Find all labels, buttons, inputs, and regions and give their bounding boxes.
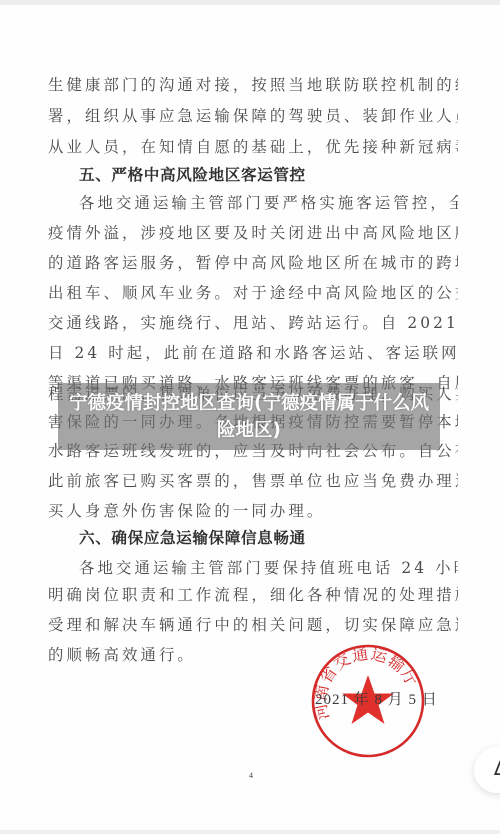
document-viewer: 生健康部门的沟通对接，按照当地联防联控机制的统一部 署，组织从事应急运输保障的驾… xyxy=(0,0,500,834)
document-date: 2021 年 8 月 5 日 xyxy=(315,688,438,709)
text-line: 日 24 时起，此前在道路和水路客运站、客运联网售票平台 xyxy=(48,343,458,363)
text-line: 买人身意外伤害保险的一同办理。 xyxy=(48,501,458,521)
text-line: 出租车、顺风车业务。对于途经中高风险地区的公交和轨道 xyxy=(48,283,458,303)
text-line: 交通线路，实施绕行、甩站、跨站运行。自 2021 年 8 月 4 xyxy=(48,313,458,333)
text-line: 的道路客运服务，暂停中高风险地区所在城市的跨城公交、 xyxy=(48,253,458,273)
bottom-divider xyxy=(0,830,500,834)
text-line: 明确岗位职责和工作流程，细化各种情况的处理措施，及时 xyxy=(48,585,458,605)
text-line: 署，组织从事应急运输保障的驾驶员、装卸作业人员等一线 xyxy=(48,106,458,126)
text-line: 受理和解决车辆通行中的相关问题，切实保障应急运输车辆 xyxy=(48,615,458,635)
page-number: 4 xyxy=(249,771,253,780)
text-line: 疫情外溢，涉疫地区要及时关闭进出中高风险地区所在县区 xyxy=(48,223,458,243)
text-line: 各地交通运输主管部门要严格实施客运管控，全力防范 xyxy=(79,193,458,213)
section-heading-5: 五、严格中高风险地区客运管控 xyxy=(79,165,306,185)
text-line: 生健康部门的沟通对接，按照当地联防联控机制的统一部 xyxy=(48,75,458,95)
text-line: 各地交通运输主管部门要保持值班电话 24 小时畅通， xyxy=(79,558,458,578)
article-title: 宁德疫情封控地区查询(宁德疫情属于什么风险地区) xyxy=(69,390,429,444)
section-heading-6: 六、确保应急运输保障信息畅通 xyxy=(79,528,306,548)
title-overlay: 宁德疫情封控地区查询(宁德疫情属于什么风险地区) xyxy=(58,383,440,450)
triangle-up-icon: ∆ xyxy=(494,756,500,780)
text-line: 从业人员，在知情自愿的基础上，优先接种新冠病毒疫苗。 xyxy=(48,137,458,157)
text-line: 此前旅客已购买客票的，售票单位也应当免费办理退票，购 xyxy=(48,471,458,491)
